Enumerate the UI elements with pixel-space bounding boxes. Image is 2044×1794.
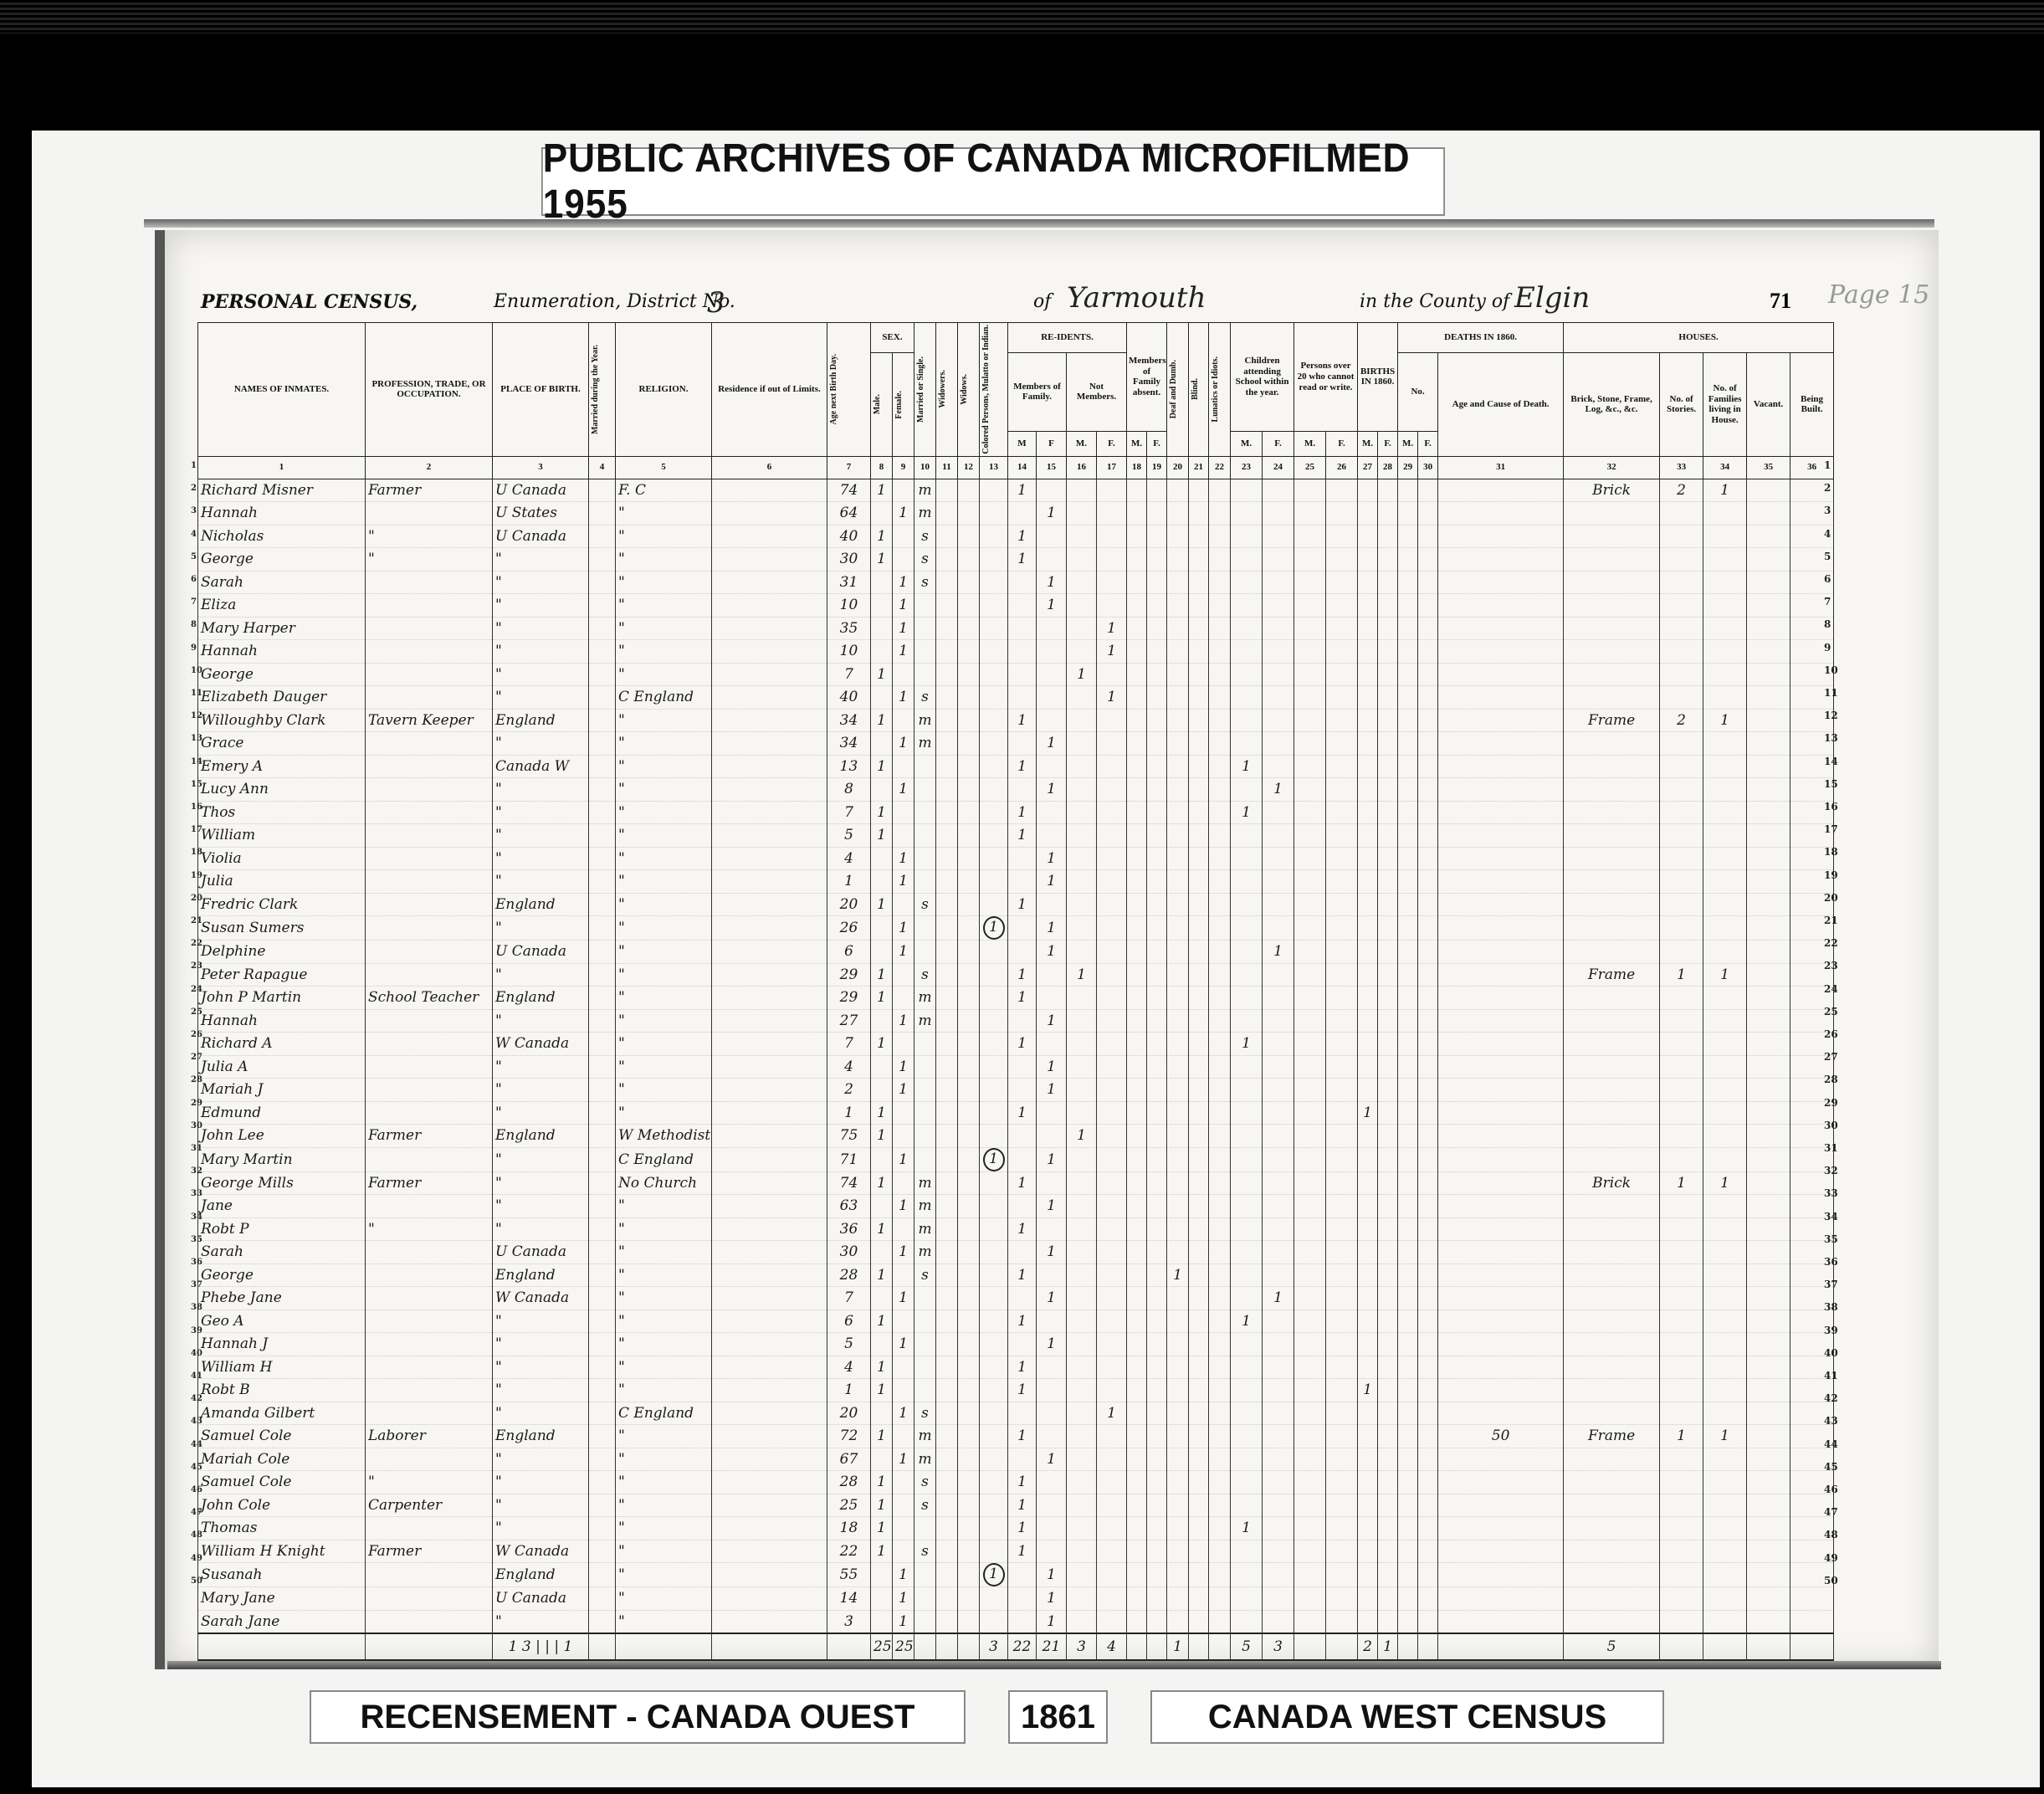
illiterate-m-cell bbox=[1294, 801, 1326, 824]
male-cell bbox=[871, 1287, 893, 1310]
illiterate-m-cell bbox=[1294, 916, 1326, 941]
absent-f-cell bbox=[1147, 663, 1167, 686]
column-number: 2 bbox=[366, 456, 493, 479]
deaf-dumb-cell bbox=[1167, 1402, 1189, 1425]
widow-cell bbox=[958, 1540, 980, 1563]
colored-cell bbox=[980, 1033, 1008, 1056]
death-f-cell bbox=[1418, 548, 1438, 572]
illiterate-f-cell bbox=[1326, 801, 1358, 824]
res-member-m-cell bbox=[1008, 502, 1037, 525]
death-m-cell bbox=[1398, 1610, 1418, 1633]
religion-cell: " bbox=[616, 1217, 712, 1241]
res-member-m-cell: 1 bbox=[1008, 525, 1037, 548]
female-cell: 1 bbox=[893, 640, 914, 664]
house-vacant-cell bbox=[1747, 801, 1790, 824]
lunatic-cell bbox=[1209, 548, 1231, 572]
absent-m-cell bbox=[1127, 987, 1147, 1010]
age-cell: 34 bbox=[827, 732, 871, 756]
residence-cell bbox=[712, 1448, 827, 1471]
school-f-cell bbox=[1263, 617, 1294, 640]
illiterate-f-cell bbox=[1326, 1563, 1358, 1587]
birth-m-cell bbox=[1358, 1287, 1378, 1310]
school-f-cell bbox=[1263, 1610, 1294, 1633]
school-f-cell bbox=[1263, 870, 1294, 894]
married-year-cell bbox=[589, 1079, 616, 1102]
house-type-cell bbox=[1564, 686, 1660, 710]
colored-cell bbox=[980, 941, 1008, 964]
archive-banner: PUBLIC ARCHIVES OF CANADA MICROFILMED 19… bbox=[541, 147, 1445, 216]
death-m-cell bbox=[1398, 1310, 1418, 1333]
deaf-dumb-cell bbox=[1167, 663, 1189, 686]
absent-m-cell bbox=[1127, 824, 1147, 848]
col-header-religion: RELIGION. bbox=[616, 323, 712, 457]
res-notmember-m-cell bbox=[1067, 1587, 1097, 1611]
house-families-cell bbox=[1703, 1471, 1747, 1494]
birthplace-cell: " bbox=[493, 571, 589, 594]
col-header-illit-m: M. bbox=[1294, 431, 1326, 456]
absent-m-cell bbox=[1127, 617, 1147, 640]
res-member-m-cell bbox=[1008, 1402, 1037, 1425]
illiterate-m-cell bbox=[1294, 1494, 1326, 1517]
age-cell: 22 bbox=[827, 1540, 871, 1563]
res-member-m-cell: 1 bbox=[1008, 709, 1037, 732]
column-number: 33 bbox=[1660, 456, 1703, 479]
col-header-stories: No. of Stories. bbox=[1660, 353, 1703, 457]
widow-cell bbox=[958, 548, 980, 572]
res-member-m-cell bbox=[1008, 941, 1037, 964]
birthplace-cell: " bbox=[493, 1448, 589, 1471]
total-notmem-f: 4 bbox=[1097, 1633, 1127, 1660]
married-year-cell bbox=[589, 548, 616, 572]
row-number-right: 31 bbox=[1824, 1142, 1838, 1154]
house-families-cell bbox=[1703, 778, 1747, 802]
widower-cell bbox=[936, 1425, 958, 1448]
house-stories-cell bbox=[1660, 1563, 1703, 1587]
school-f-cell bbox=[1263, 963, 1294, 987]
illiterate-f-cell bbox=[1326, 686, 1358, 710]
birthplace-cell: " bbox=[493, 778, 589, 802]
illiterate-f-cell bbox=[1326, 1494, 1358, 1517]
birthplace-cell: " bbox=[493, 1101, 589, 1125]
deaf-dumb-cell bbox=[1167, 941, 1189, 964]
house-families-cell bbox=[1703, 1195, 1747, 1218]
illiterate-f-cell bbox=[1326, 1356, 1358, 1379]
res-notmember-m-cell bbox=[1067, 1287, 1097, 1310]
deaf-dumb-cell bbox=[1167, 686, 1189, 710]
residence-cell bbox=[712, 1333, 827, 1356]
row-number-right: 5 bbox=[1824, 551, 1831, 562]
birthplace-cell: " bbox=[493, 801, 589, 824]
column-number: 24 bbox=[1263, 456, 1294, 479]
res-notmember-f-cell bbox=[1097, 1517, 1127, 1540]
birthplace-cell: " bbox=[493, 847, 589, 870]
lunatic-cell bbox=[1209, 778, 1231, 802]
column-number: 9 bbox=[893, 456, 914, 479]
widower-cell bbox=[936, 1379, 958, 1402]
school-m-cell bbox=[1231, 916, 1263, 941]
occupation-cell: Farmer bbox=[366, 1540, 493, 1563]
illiterate-f-cell bbox=[1326, 525, 1358, 548]
birthplace-cell: " bbox=[493, 1009, 589, 1033]
illiterate-f-cell bbox=[1326, 778, 1358, 802]
table-row: Amanda Gilbert"C England201s1 bbox=[198, 1402, 1834, 1425]
row-number-right: 16 bbox=[1824, 801, 1838, 812]
illiterate-m-cell bbox=[1294, 571, 1326, 594]
row-number-left: 9 bbox=[191, 643, 197, 653]
res-member-m-cell bbox=[1008, 1147, 1037, 1171]
residence-cell bbox=[712, 640, 827, 664]
school-f-cell bbox=[1263, 732, 1294, 756]
colored-cell bbox=[980, 1402, 1008, 1425]
absent-f-cell bbox=[1147, 1055, 1167, 1079]
birth-f-cell bbox=[1378, 1101, 1398, 1125]
religion-cell: " bbox=[616, 640, 712, 664]
illiterate-m-cell bbox=[1294, 594, 1326, 618]
group-header-sex: SEX. bbox=[871, 323, 914, 353]
residence-cell bbox=[712, 1147, 827, 1171]
birthplace-cell: W Canada bbox=[493, 1540, 589, 1563]
row-number-left: 20 bbox=[191, 894, 202, 903]
marital-status-cell bbox=[914, 916, 936, 941]
absent-f-cell bbox=[1147, 1425, 1167, 1448]
absent-f-cell bbox=[1147, 732, 1167, 756]
deaf-dumb-cell bbox=[1167, 502, 1189, 525]
marital-status-cell bbox=[914, 640, 936, 664]
birthplace-cell: England bbox=[493, 709, 589, 732]
res-notmember-f-cell bbox=[1097, 1610, 1127, 1633]
row-number-left: 6 bbox=[191, 575, 197, 584]
illiterate-f-cell bbox=[1326, 1009, 1358, 1033]
illiterate-m-cell bbox=[1294, 1241, 1326, 1264]
illiterate-m-cell bbox=[1294, 1448, 1326, 1471]
lunatic-cell bbox=[1209, 1402, 1231, 1425]
marital-status-cell bbox=[914, 1079, 936, 1102]
district-number: 3 bbox=[707, 286, 725, 320]
res-member-m-cell bbox=[1008, 617, 1037, 640]
school-f-cell bbox=[1263, 824, 1294, 848]
colored-cell bbox=[980, 1356, 1008, 1379]
res-member-f-cell: 1 bbox=[1037, 1563, 1067, 1587]
occupation-cell bbox=[366, 1195, 493, 1218]
deaf-dumb-cell bbox=[1167, 640, 1189, 664]
school-f-cell bbox=[1263, 479, 1294, 502]
widow-cell bbox=[958, 1171, 980, 1195]
res-member-f-cell bbox=[1037, 1425, 1067, 1448]
birth-m-cell bbox=[1358, 548, 1378, 572]
marital-status-cell: s bbox=[914, 1471, 936, 1494]
column-number: 7 bbox=[827, 456, 871, 479]
absent-m-cell bbox=[1127, 571, 1147, 594]
absent-m-cell bbox=[1127, 732, 1147, 756]
marital-status-cell: m bbox=[914, 987, 936, 1010]
res-notmember-f-cell bbox=[1097, 1217, 1127, 1241]
house-stories-cell bbox=[1660, 941, 1703, 964]
row-number-left: 37 bbox=[191, 1280, 202, 1289]
res-member-f-cell bbox=[1037, 525, 1067, 548]
birth-m-cell bbox=[1358, 1217, 1378, 1241]
widow-cell bbox=[958, 916, 980, 941]
married-year-cell bbox=[589, 1055, 616, 1079]
res-notmember-f-cell bbox=[1097, 732, 1127, 756]
birthplace-cell: " bbox=[493, 640, 589, 664]
birth-f-cell bbox=[1378, 1033, 1398, 1056]
blind-cell bbox=[1189, 594, 1209, 618]
widower-cell bbox=[936, 640, 958, 664]
row-number-right: 30 bbox=[1824, 1120, 1838, 1131]
house-vacant-cell bbox=[1747, 548, 1790, 572]
row-number-left: 36 bbox=[191, 1258, 202, 1267]
column-number: 29 bbox=[1398, 456, 1418, 479]
blind-cell bbox=[1189, 686, 1209, 710]
death-m-cell bbox=[1398, 1448, 1418, 1471]
birth-f-cell bbox=[1378, 1610, 1398, 1633]
birth-m-cell bbox=[1358, 1402, 1378, 1425]
birth-m-cell: 1 bbox=[1358, 1379, 1378, 1402]
death-m-cell bbox=[1398, 502, 1418, 525]
school-f-cell bbox=[1263, 686, 1294, 710]
house-stories-cell bbox=[1660, 1471, 1703, 1494]
widower-cell bbox=[936, 1356, 958, 1379]
widow-cell bbox=[958, 987, 980, 1010]
death-cause-cell bbox=[1438, 502, 1564, 525]
widower-cell bbox=[936, 1217, 958, 1241]
house-vacant-cell bbox=[1747, 847, 1790, 870]
residence-cell bbox=[712, 1540, 827, 1563]
absent-f-cell bbox=[1147, 548, 1167, 572]
table-row: Mary Martin"C England71111 bbox=[198, 1147, 1834, 1171]
birth-f-cell bbox=[1378, 1517, 1398, 1540]
death-cause-cell bbox=[1438, 893, 1564, 916]
widower-cell bbox=[936, 778, 958, 802]
house-type-cell bbox=[1564, 640, 1660, 664]
birth-f-cell bbox=[1378, 1379, 1398, 1402]
res-member-m-cell: 1 bbox=[1008, 1425, 1037, 1448]
house-type-cell bbox=[1564, 1195, 1660, 1218]
res-member-m-cell bbox=[1008, 640, 1037, 664]
inmate-name-cell: Eliza bbox=[198, 594, 366, 618]
house-vacant-cell bbox=[1747, 778, 1790, 802]
religion-cell: " bbox=[616, 1471, 712, 1494]
absent-m-cell bbox=[1127, 1310, 1147, 1333]
birthplace-cell: " bbox=[493, 1147, 589, 1171]
res-notmember-m-cell bbox=[1067, 1563, 1097, 1587]
group-header-members-family: Members of Family. bbox=[1008, 353, 1067, 432]
total-births-m: 2 bbox=[1358, 1633, 1378, 1660]
death-m-cell bbox=[1398, 963, 1418, 987]
res-member-f-cell bbox=[1037, 801, 1067, 824]
age-cell: 40 bbox=[827, 686, 871, 710]
illiterate-m-cell bbox=[1294, 847, 1326, 870]
occupation-cell: Farmer bbox=[366, 1171, 493, 1195]
school-f-cell: 1 bbox=[1263, 778, 1294, 802]
residence-cell bbox=[712, 617, 827, 640]
inmate-name-cell: William bbox=[198, 824, 366, 848]
blind-cell bbox=[1189, 1217, 1209, 1241]
marital-status-cell: m bbox=[914, 1425, 936, 1448]
res-member-m-cell: 1 bbox=[1008, 1356, 1037, 1379]
table-row: Phebe JaneW Canada"7111 bbox=[198, 1287, 1834, 1310]
female-cell: 1 bbox=[893, 1079, 914, 1102]
married-year-cell bbox=[589, 755, 616, 778]
col-header-residence: Residence if out of Limits. bbox=[712, 323, 827, 457]
widower-cell bbox=[936, 663, 958, 686]
birth-m-cell bbox=[1358, 663, 1378, 686]
res-notmember-f-cell bbox=[1097, 663, 1127, 686]
widow-cell bbox=[958, 686, 980, 710]
deaf-dumb-cell bbox=[1167, 1333, 1189, 1356]
res-notmember-f-cell bbox=[1097, 755, 1127, 778]
male-cell bbox=[871, 686, 893, 710]
house-type-cell bbox=[1564, 1563, 1660, 1587]
blind-cell bbox=[1189, 963, 1209, 987]
death-cause-cell bbox=[1438, 1079, 1564, 1102]
widow-cell bbox=[958, 1517, 980, 1540]
house-type-cell bbox=[1564, 1517, 1660, 1540]
religion-cell: " bbox=[616, 1610, 712, 1633]
blind-cell bbox=[1189, 571, 1209, 594]
blind-cell bbox=[1189, 1448, 1209, 1471]
school-f-cell bbox=[1263, 1147, 1294, 1171]
house-families-cell bbox=[1703, 1402, 1747, 1425]
inmate-name-cell: Mary Harper bbox=[198, 617, 366, 640]
school-f-cell bbox=[1263, 847, 1294, 870]
house-type-cell bbox=[1564, 1379, 1660, 1402]
house-type-cell bbox=[1564, 732, 1660, 756]
circled-mark: 1 bbox=[983, 916, 1005, 940]
deaf-dumb-cell bbox=[1167, 1494, 1189, 1517]
male-cell: 1 bbox=[871, 801, 893, 824]
row-number-right: 6 bbox=[1824, 573, 1831, 585]
col-header-blind: Blind. bbox=[1191, 378, 1201, 400]
inmate-name-cell: Willoughby Clark bbox=[198, 709, 366, 732]
deaf-dumb-cell bbox=[1167, 594, 1189, 618]
religion-cell: " bbox=[616, 617, 712, 640]
absent-f-cell bbox=[1147, 1356, 1167, 1379]
inmate-name-cell: Phebe Jane bbox=[198, 1287, 366, 1310]
colored-cell bbox=[980, 801, 1008, 824]
occupation-cell bbox=[366, 502, 493, 525]
deaf-dumb-cell bbox=[1167, 801, 1189, 824]
row-number-right: 50 bbox=[1824, 1575, 1838, 1586]
row-number-left: 46 bbox=[191, 1485, 202, 1494]
illiterate-m-cell bbox=[1294, 502, 1326, 525]
occupation-cell bbox=[366, 1517, 493, 1540]
school-f-cell: 1 bbox=[1263, 1287, 1294, 1310]
school-f-cell bbox=[1263, 1310, 1294, 1333]
absent-f-cell bbox=[1147, 1310, 1167, 1333]
widow-cell bbox=[958, 640, 980, 664]
death-m-cell bbox=[1398, 1241, 1418, 1264]
illiterate-f-cell bbox=[1326, 548, 1358, 572]
row-number-left: 12 bbox=[191, 711, 202, 720]
res-member-f-cell bbox=[1037, 1356, 1067, 1379]
residence-cell bbox=[712, 1101, 827, 1125]
house-type-cell bbox=[1564, 1033, 1660, 1056]
res-notmember-m-cell bbox=[1067, 1610, 1097, 1633]
res-notmember-m-cell bbox=[1067, 686, 1097, 710]
marital-status-cell: s bbox=[914, 548, 936, 572]
res-notmember-f-cell bbox=[1097, 1425, 1127, 1448]
col-header-illit-f: F. bbox=[1326, 431, 1358, 456]
female-cell: 1 bbox=[893, 1147, 914, 1171]
res-notmember-f-cell bbox=[1097, 1125, 1127, 1148]
table-row: Sarah""311s1 bbox=[198, 571, 1834, 594]
death-cause-cell bbox=[1438, 778, 1564, 802]
res-notmember-m-cell bbox=[1067, 1171, 1097, 1195]
birth-m-cell bbox=[1358, 525, 1378, 548]
res-member-f-cell: 1 bbox=[1037, 1147, 1067, 1171]
married-year-cell bbox=[589, 893, 616, 916]
illiterate-f-cell bbox=[1326, 1610, 1358, 1633]
row-number-right: 28 bbox=[1824, 1074, 1838, 1085]
birthplace-cell: " bbox=[493, 1310, 589, 1333]
death-f-cell bbox=[1418, 1333, 1438, 1356]
male-cell bbox=[871, 941, 893, 964]
school-m-cell: 1 bbox=[1231, 801, 1263, 824]
deaf-dumb-cell bbox=[1167, 1563, 1189, 1587]
illiterate-m-cell bbox=[1294, 987, 1326, 1010]
house-stories-cell: 1 bbox=[1660, 1171, 1703, 1195]
death-cause-cell bbox=[1438, 1217, 1564, 1241]
birth-m-cell bbox=[1358, 1494, 1378, 1517]
absent-m-cell bbox=[1127, 893, 1147, 916]
absent-m-cell bbox=[1127, 548, 1147, 572]
residence-cell bbox=[712, 1009, 827, 1033]
female-cell: 1 bbox=[893, 1563, 914, 1587]
lunatic-cell bbox=[1209, 1333, 1231, 1356]
illiterate-f-cell bbox=[1326, 1471, 1358, 1494]
blind-cell bbox=[1189, 1101, 1209, 1125]
school-m-cell bbox=[1231, 824, 1263, 848]
house-vacant-cell bbox=[1747, 824, 1790, 848]
res-notmember-m-cell bbox=[1067, 571, 1097, 594]
house-families-cell bbox=[1703, 824, 1747, 848]
religion-cell: " bbox=[616, 525, 712, 548]
occupation-cell: Farmer bbox=[366, 1125, 493, 1148]
house-type-cell bbox=[1564, 1610, 1660, 1633]
blind-cell bbox=[1189, 1563, 1209, 1587]
house-families-cell bbox=[1703, 1241, 1747, 1264]
row-number-left: 50 bbox=[191, 1576, 202, 1586]
res-notmember-f-cell bbox=[1097, 941, 1127, 964]
birth-f-cell bbox=[1378, 663, 1398, 686]
absent-m-cell bbox=[1127, 870, 1147, 894]
male-cell: 1 bbox=[871, 1494, 893, 1517]
absent-f-cell bbox=[1147, 1125, 1167, 1148]
absent-f-cell bbox=[1147, 916, 1167, 941]
occupation-cell bbox=[366, 1310, 493, 1333]
age-cell: 10 bbox=[827, 640, 871, 664]
school-m-cell bbox=[1231, 1402, 1263, 1425]
res-notmember-m-cell bbox=[1067, 525, 1097, 548]
religion-cell: " bbox=[616, 1101, 712, 1125]
res-notmember-f-cell: 1 bbox=[1097, 1402, 1127, 1425]
death-f-cell bbox=[1418, 1471, 1438, 1494]
occupation-cell bbox=[366, 571, 493, 594]
res-notmember-f-cell: 1 bbox=[1097, 617, 1127, 640]
res-notmember-f-cell: 1 bbox=[1097, 640, 1127, 664]
row-number-right: 1 bbox=[1824, 459, 1831, 471]
house-families-cell bbox=[1703, 1217, 1747, 1241]
res-member-f-cell: 1 bbox=[1037, 1448, 1067, 1471]
inmate-name-cell: George bbox=[198, 663, 366, 686]
colored-cell bbox=[980, 1241, 1008, 1264]
female-cell bbox=[893, 893, 914, 916]
absent-m-cell bbox=[1127, 1147, 1147, 1171]
age-cell: 6 bbox=[827, 1310, 871, 1333]
residence-cell bbox=[712, 1402, 827, 1425]
inmate-name-cell: Geo A bbox=[198, 1310, 366, 1333]
